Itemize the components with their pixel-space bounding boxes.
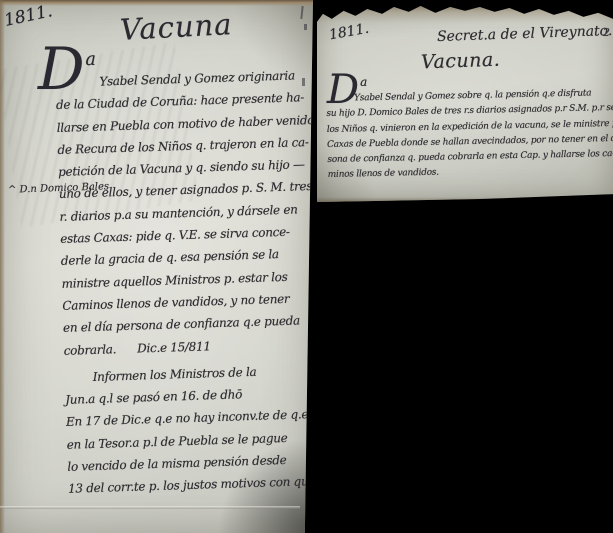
right-manuscript-page: 1811. Secret.a de el Vireynato. 2 Vacuna… [317,4,613,202]
manuscript-text: Ysabel Sendal y Gomez sobre q. la pensió… [326,86,613,184]
photo-backdrop: 1811. Vacuna Da ^ D.n Domico Bales Ysabe… [0,0,613,533]
year-annotation: 1811. [328,21,370,44]
page-bottom-edge [317,197,613,202]
left-manuscript-page: 1811. Vacuna Da ^ D.n Domico Bales Ysabe… [0,0,313,533]
cut-off-ink-mark [304,24,307,30]
drop-cap-superscript: a [360,75,367,89]
right-page-title: Vacuna. [421,49,501,74]
page-number: 2 [603,26,610,39]
paper-crease [0,506,300,509]
secretariat-heading: Secret.a de el Vireynato. [437,23,613,45]
cut-off-ink-mark [300,6,303,19]
drop-cap-superscript: a [86,50,96,70]
left-page-title: Vacuna [119,7,233,47]
torn-edge-shading [317,4,613,22]
manuscript-text: Ysabel Sendal y Gomez originariade la Ci… [55,64,313,500]
